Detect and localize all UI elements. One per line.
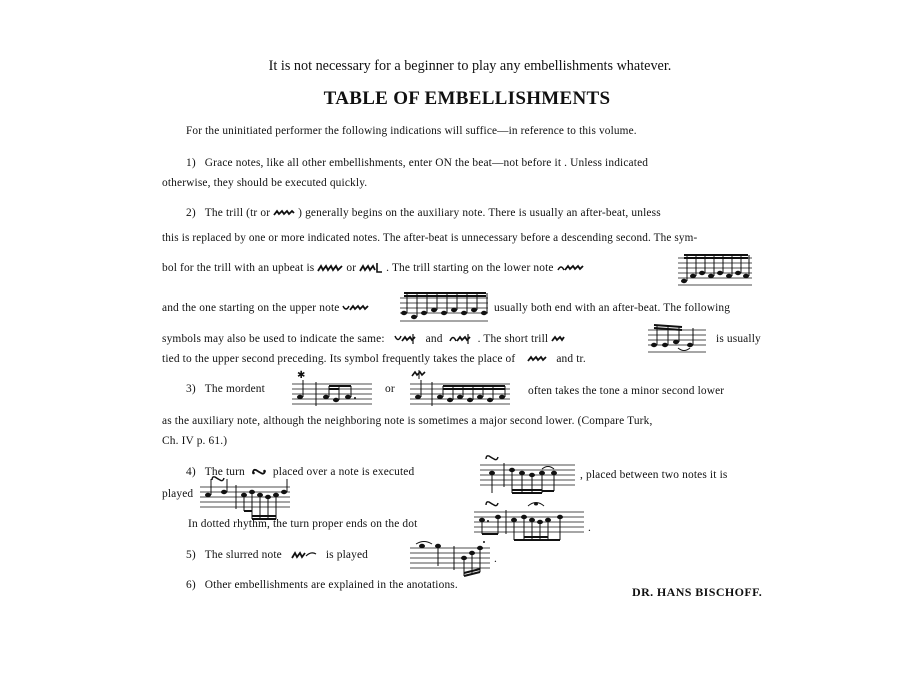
music-example-trill-lower — [678, 252, 752, 288]
trill-from-below-icon — [557, 263, 587, 273]
item-2-text: or — [346, 262, 356, 274]
music-example-turn-between-notes — [200, 475, 290, 523]
item-3-or: or — [385, 383, 395, 395]
item-4-line-2: played — [162, 488, 193, 500]
item-3-line-3: Ch. IV p. 61.) — [162, 435, 227, 447]
item-6-text: Other embellishments are explained in th… — [205, 579, 458, 591]
item-3-text: The mordent — [205, 383, 265, 395]
item-4-line-3-end: . — [588, 522, 591, 534]
item-number: 2) — [186, 207, 196, 219]
lead-paragraph: For the uninitiated performer the follow… — [186, 125, 637, 137]
trill-from-above-icon — [342, 303, 370, 313]
music-example-mordent-short: ✱ — [292, 370, 372, 408]
item-2-text: The trill (tr or — [205, 207, 270, 219]
item-5-line-1-end: . — [494, 553, 497, 565]
item-2-text: and the one starting on the upper note — [162, 302, 339, 314]
trill-sign-icon — [527, 354, 547, 364]
item-2-line-6: tied to the upper second preceding. Its … — [162, 353, 586, 365]
item-5-line-1: 5) The slurred note is played — [186, 549, 368, 561]
item-number: 6) — [186, 579, 196, 591]
music-example-slurred-note — [410, 540, 490, 580]
item-2-text: ) generally begins on the auxiliary note… — [298, 207, 661, 219]
author-signature: DR. HANS BISCHOFF. — [632, 585, 762, 600]
item-4-line-1-end: , placed between two notes it is — [580, 469, 727, 481]
item-2-line-1: 2) The trill (tr or ) generally begins o… — [186, 207, 767, 219]
item-3-line-1-end: often takes the tone a minor second lowe… — [528, 385, 724, 397]
item-3-line-1: 3) The mordent — [186, 383, 265, 395]
item-2-text: tied to the upper second preceding. Its … — [162, 353, 515, 365]
item-1-line-2: otherwise, they should be executed quick… — [162, 177, 367, 189]
trill-sign-icon — [273, 208, 295, 218]
item-number: 3) — [186, 383, 196, 395]
music-example-turn-over-note — [480, 455, 575, 497]
item-2-text: and tr. — [556, 353, 586, 365]
item-4-text: placed over a note is executed — [273, 466, 414, 478]
item-2-line-5-end: is usually — [716, 333, 761, 345]
item-2-line-3: bol for the trill with an upbeat is or .… — [162, 262, 587, 274]
music-example-short-trill — [648, 322, 706, 354]
music-example-mordent-long — [410, 370, 510, 408]
item-2-line-5: symbols may also be used to indicate the… — [162, 333, 565, 345]
music-example-turn-dotted — [474, 500, 584, 546]
item-2-line-2: this is replaced by one or more indicate… — [162, 232, 697, 244]
item-4-line-3: In dotted rhythm, the turn proper ends o… — [188, 518, 417, 530]
slurred-note-icon — [291, 550, 317, 560]
music-example-trill-upper — [400, 290, 488, 324]
item-1-line-1: 1) Grace notes, like all other embellish… — [186, 157, 767, 169]
short-trill-icon — [551, 334, 565, 344]
item-number: 4) — [186, 466, 196, 478]
trill-with-upbeat-icon — [317, 263, 343, 273]
item-5-text: is played — [326, 549, 368, 561]
page-title: TABLE OF EMBELLISHMENTS — [0, 88, 900, 110]
item-2-text: and — [426, 333, 443, 345]
item-2-line-4-end: usually both end with an after-beat. The… — [494, 302, 730, 314]
trill-from-above-alt-icon — [394, 333, 420, 345]
item-1-text: Grace notes, like all other embellishmen… — [205, 157, 648, 169]
item-2-text: symbols may also be used to indicate the… — [162, 333, 385, 345]
item-2-line-4: and the one starting on the upper note — [162, 302, 370, 314]
trill-with-upbeat-alt-icon — [359, 262, 383, 274]
item-2-text: . The trill starting on the lower note — [386, 262, 553, 274]
document-page: It is not necessary for a beginner to pl… — [0, 0, 900, 675]
item-5-text: The slurred note — [205, 549, 282, 561]
svg-text:✱: ✱ — [297, 370, 305, 381]
item-number: 5) — [186, 549, 196, 561]
item-number: 1) — [186, 157, 196, 169]
trill-from-below-alt-icon — [449, 333, 475, 345]
item-3-line-2: as the auxiliary note, although the neig… — [162, 415, 652, 427]
intro-sentence: It is not necessary for a beginner to pl… — [0, 58, 900, 75]
item-2-text: bol for the trill with an upbeat is — [162, 262, 314, 274]
item-6-line-1: 6) Other embellishments are explained in… — [186, 579, 458, 591]
item-2-text: . The short trill — [478, 333, 549, 345]
